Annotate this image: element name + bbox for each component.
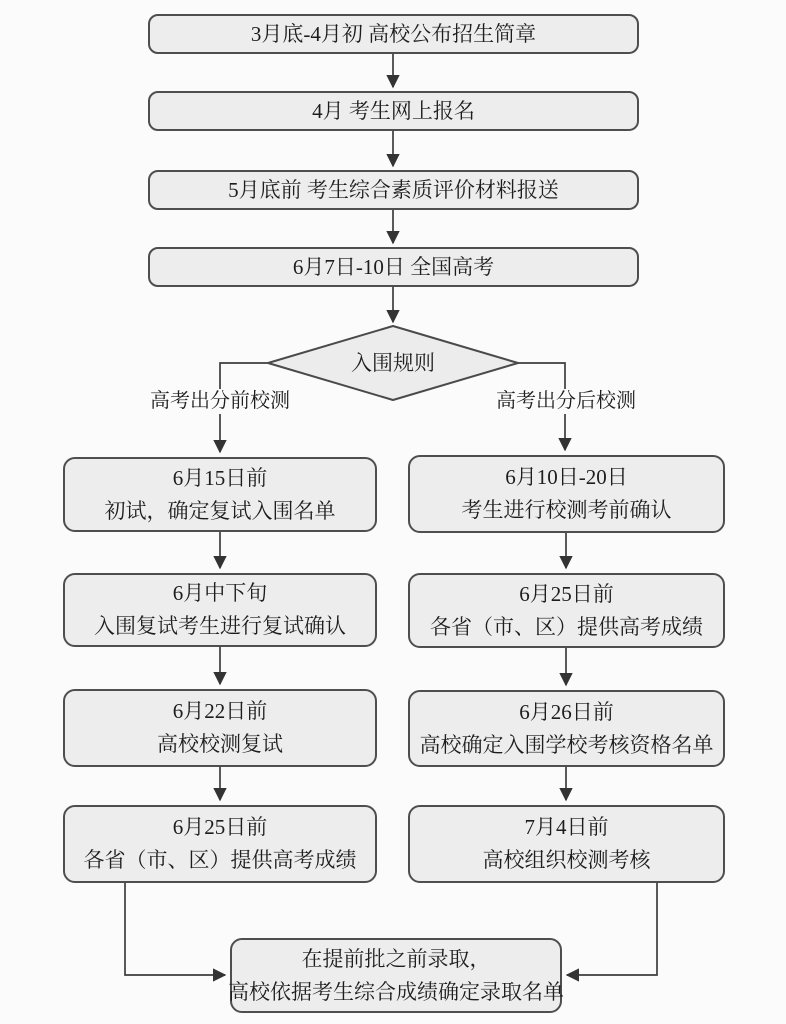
node-date: 6月15日前 [173,462,268,495]
connector-final-left [125,883,225,975]
node-date: 6月22日前 [173,695,268,728]
node-desc: 入围复试考生进行复试确认 [94,610,346,643]
branch-label-post-score: 高考出分后校测 [491,389,641,414]
node-desc: 考生进行校测考前确认 [462,494,672,527]
flowchart: 3月底-4月初 高校公布招生简章 4月 考生网上报名 5月底前 考生综合素质评价… [0,0,786,1024]
node-national-exam: 6月7日-10日 全国高考 [148,247,639,287]
node-qualification-list: 6月26日前 高校确定入围学校考核资格名单 [408,690,725,767]
node-text: 5月底前 考生综合素质评价材料报送 [228,172,559,208]
node-line1: 在提前批之前录取， [302,943,491,976]
decision-label: 入围规则 [293,351,493,375]
node-date: 6月25日前 [519,578,614,611]
branch-label-pre-score: 高考出分前校测 [145,389,295,414]
node-date: 6月10日-20日 [505,461,628,494]
node-scores-provided-right: 6月25日前 各省（市、区）提供高考成绩 [408,573,725,648]
node-pretest-confirm: 6月10日-20日 考生进行校测考前确认 [408,455,725,533]
node-date: 6月中下旬 [173,577,268,610]
node-scores-provided-left: 6月25日前 各省（市、区）提供高考成绩 [63,805,377,883]
node-desc: 高校校测复试 [157,728,283,761]
node-text: 4月 考生网上报名 [312,93,475,129]
node-desc: 各省（市、区）提供高考成绩 [430,611,703,644]
node-final-admission: 在提前批之前录取， 高校依据考生综合成绩确定录取名单 [230,938,562,1013]
node-preliminary-test: 6月15日前 初试，确定复试入围名单 [63,457,377,532]
node-date: 7月4日前 [525,811,609,844]
node-publish-brochure: 3月底-4月初 高校公布招生简章 [148,14,639,54]
node-material-submission: 5月底前 考生综合素质评价材料报送 [148,170,639,210]
node-date: 6月25日前 [173,811,268,844]
connector-final-right [567,883,657,975]
node-desc: 高校确定入围学校考核资格名单 [420,729,714,762]
node-line2: 高校依据考生综合成绩确定录取名单 [228,976,564,1009]
node-text: 6月7日-10日 全国高考 [293,249,494,285]
node-school-retest: 6月22日前 高校校测复试 [63,689,377,767]
node-online-signup: 4月 考生网上报名 [148,91,639,131]
node-retest-confirm: 6月中下旬 入围复试考生进行复试确认 [63,573,377,647]
node-school-assessment: 7月4日前 高校组织校测考核 [408,805,725,883]
node-text: 3月底-4月初 高校公布招生简章 [251,16,536,52]
node-desc: 各省（市、区）提供高考成绩 [84,844,357,877]
node-desc: 高校组织校测考核 [483,844,651,877]
node-date: 6月26日前 [519,696,614,729]
node-desc: 初试，确定复试入围名单 [105,495,336,528]
